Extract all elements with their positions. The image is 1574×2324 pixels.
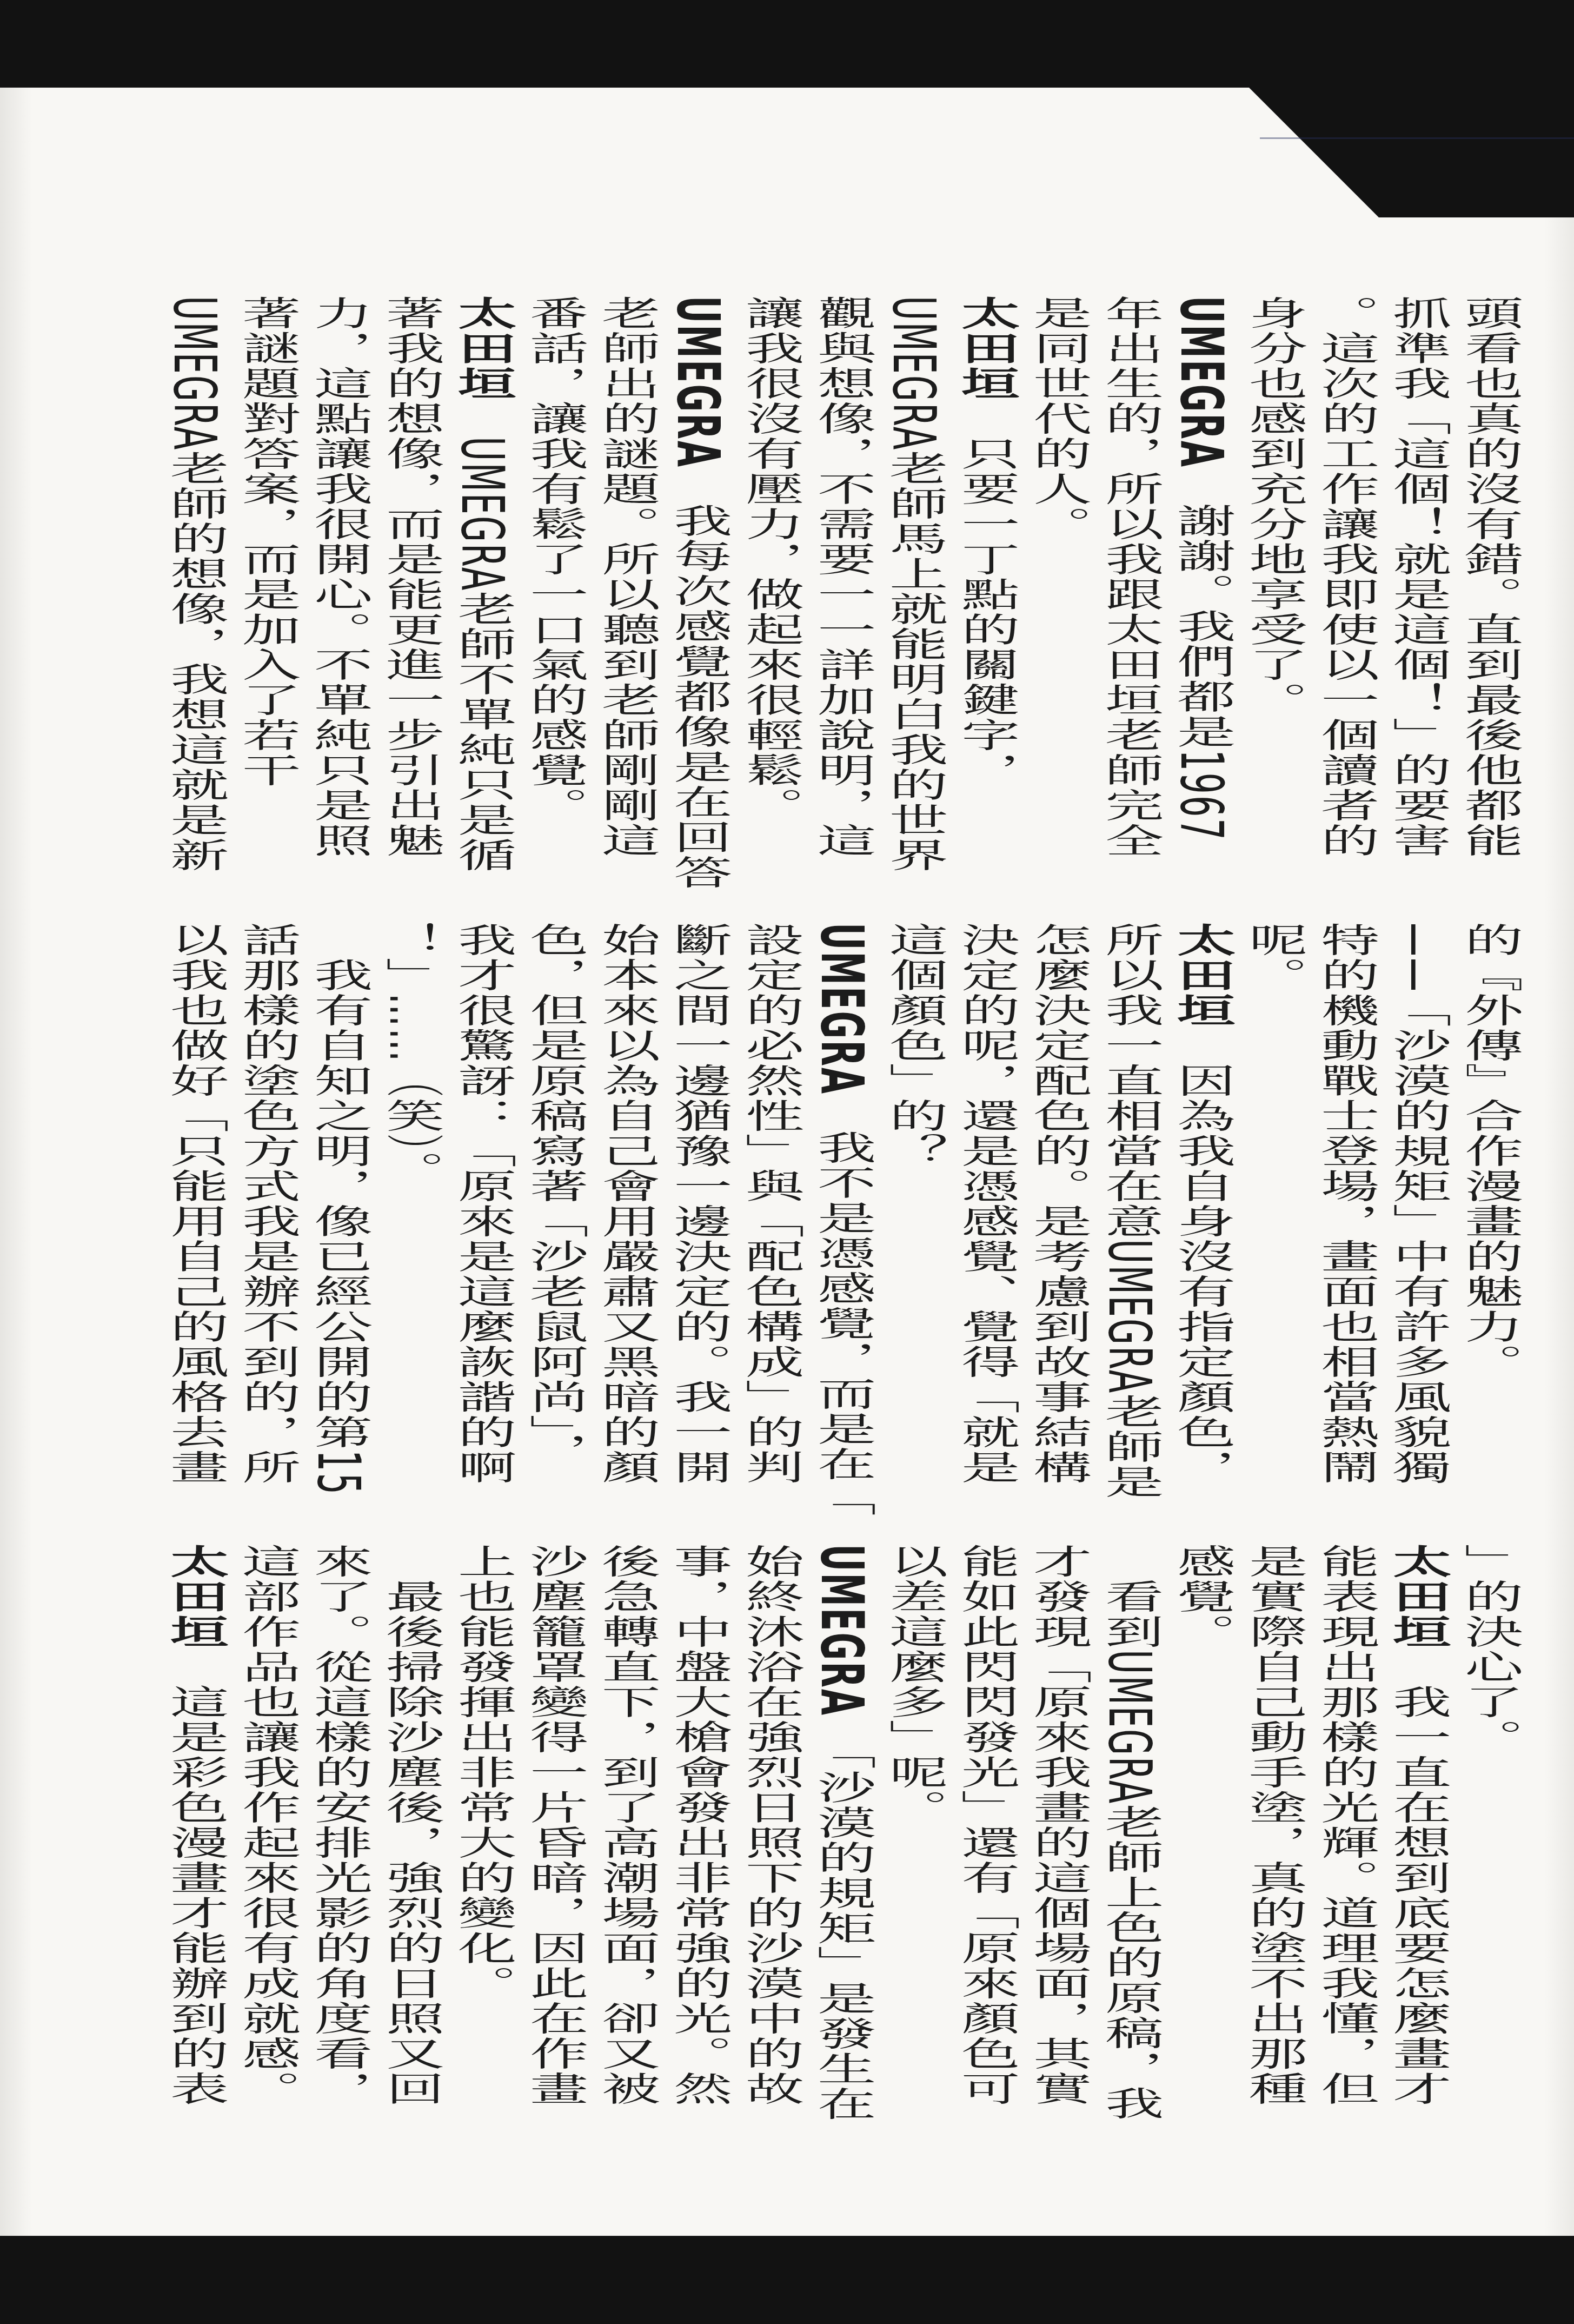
column-text: 著我的想像，而是能更進一步引出魅 [376, 296, 446, 858]
text-column: 太田垣 UMEGRA老師不單純只是循 [446, 296, 518, 862]
text-column: 色，但是原稿寫著「沙老鼠阿尚」， [518, 923, 590, 1488]
column-text: 這個顏色」的？ [880, 923, 949, 1169]
text-column: 著我的想像，而是能更進一步引出魅 [374, 296, 446, 862]
column-text: 呢。 [1239, 923, 1309, 993]
column-text: 是實際自己動手塗，真的塗不出那種 [1239, 1544, 1309, 2107]
column-text: 能如此閃閃發光」還有「原來顏色可 [952, 1544, 1021, 2107]
column-text: 始本來以為自己會用嚴肅又黑暗的顏 [592, 923, 661, 1485]
text-column: ！」……（笑）。 [374, 923, 446, 1488]
column-text: 。這次的工作讓我即使以一個讀者的 [1311, 296, 1380, 858]
text-column: 力，這點讓我很開心。不單純只是照 [302, 296, 374, 862]
text-column: 觀與想像，不需要一一詳加說明，這 [806, 296, 878, 862]
column-text: 來了。從這樣的安排光影的角度看， [304, 1544, 374, 2107]
column-text: ！」……（笑）。 [376, 923, 446, 1187]
column-text: 以我也做好「只能用自己的風格去畫 [161, 923, 230, 1485]
column-text: ——「沙漠的規矩」中有許多風貌獨 [1383, 923, 1452, 1485]
text-column: 太田垣 這是彩色漫畫才能辦到的表 [158, 1544, 230, 2110]
text-column: 才發現「原來我畫的這個場面，其實 [1021, 1544, 1093, 2110]
text-column: 是實際自己動手塗，真的塗不出那種 [1237, 1544, 1309, 2110]
text-column: 太田垣 因為我自身沒有指定顏色， [1165, 923, 1237, 1488]
text-column: UMEGRA 「沙漠的規矩」是發生在 [806, 1544, 878, 2110]
scan-edge-shadow-right [1544, 0, 1574, 2324]
text-column: 老師出的謎題。所以聽到老師剛剛這 [590, 296, 662, 862]
speaker-label: 太田垣 [952, 296, 1021, 401]
header-black-banner [0, 0, 1574, 217]
text-column: 能表現出那樣的光輝。道理我懂，但 [1309, 1544, 1381, 2110]
text-column: 」的決心了。 [1453, 1544, 1525, 2110]
column-text: 以差這麼多」呢。 [880, 1544, 949, 1825]
text-column: 的『外傳』合作漫畫的魅力。 [1453, 923, 1525, 1488]
column-text: 著謎題對答案，而是加入了若干 [233, 296, 302, 788]
speaker-label: 太田垣 [161, 1544, 230, 1650]
text-column: 決定的呢，還是憑感覺、覺得「就是 [949, 923, 1021, 1488]
column-text: 看到UMEGRA老師上色的原稿，我 [1095, 1544, 1165, 2121]
column-text: 只要一丁點的關鍵字， [952, 401, 1021, 788]
text-column: 番話，讓我有鬆了一口氣的感覺。 [518, 296, 590, 862]
text-column: 所以我一直相當在意UMEGRA老師是 [1093, 923, 1165, 1488]
text-column: 始本來以為自己會用嚴肅又黑暗的顏 [590, 923, 662, 1488]
column-text: 才發現「原來我畫的這個場面，其實 [1024, 1544, 1093, 2107]
column-text: 上也能發揮出非常大的變化。 [448, 1544, 517, 2001]
column-text: 番話，讓我有鬆了一口氣的感覺。 [520, 296, 589, 823]
column-text: 力，這點讓我很開心。不單純只是照 [304, 296, 374, 858]
column-text: 事，中盤大槍會發出非常強的光。然 [664, 1544, 733, 2107]
speaker-label: UMEGRA [808, 923, 877, 1095]
column-text: 斷之間一邊猶豫一邊決定的。我一開 [664, 923, 733, 1485]
scan-edge-shadow-left [0, 0, 32, 2324]
text-column: UMEGRA 我每次感覺都像是在回答 [662, 296, 734, 862]
column-text: 觀與想像，不需要一一詳加說明，這 [808, 296, 877, 858]
text-column: 感覺。 [1165, 1544, 1237, 2110]
scan-artifact-line [1260, 137, 1574, 139]
text-column: 始終沐浴在強烈日照下的沙漠中的故 [734, 1544, 806, 2110]
column-text: 「沙漠的規矩」是發生在 [808, 1717, 877, 2122]
text-column: 以我也做好「只能用自己的風格去畫 [158, 923, 230, 1488]
column-text: 的『外傳』合作漫畫的魅力。 [1455, 923, 1524, 1380]
column-text: 沙塵籠罩變得一片昏暗，因此在作畫 [520, 1544, 589, 2107]
text-column: 呢。 [1237, 923, 1309, 1488]
text-column: 身分也感到充分地享受了。 [1237, 296, 1309, 862]
text-column: 讓我很沒有壓力，做起來很輕鬆。 [734, 296, 806, 862]
column-text: 我有自知之明，像已經公開的第15 [304, 923, 374, 1496]
column-text: 因為我自身沒有指定顏色， [1167, 1028, 1237, 1485]
column-text: 特的機動戰士登場，畫面也相當熱鬧 [1311, 923, 1380, 1485]
text-column: 最後掃除沙塵後，強烈的日照又回 [374, 1544, 446, 2110]
text-column: 以差這麼多」呢。 [878, 1544, 949, 2110]
column-text: 是同世代的人。 [1024, 296, 1093, 542]
text-column: 。這次的工作讓我即使以一個讀者的 [1309, 296, 1381, 862]
column-text: 設定的必然性」與「配色構成」的判 [736, 923, 805, 1485]
column-text: 始終沐浴在強烈日照下的沙漠中的故 [736, 1544, 805, 2107]
column-text: 能表現出那樣的光輝。道理我懂，但 [1311, 1544, 1380, 2107]
text-column: 設定的必然性」與「配色構成」的判 [734, 923, 806, 1488]
column-text: 我不是憑感覺，而是在「 [808, 1095, 877, 1517]
text-band-middle: 的『外傳』合作漫畫的魅力。——「沙漠的規矩」中有許多風貌獨特的機動戰士登場，畫面… [158, 923, 1525, 1488]
text-column: 話那樣的塗色方式我是辦不到的，所 [230, 923, 302, 1488]
text-column: 上也能發揮出非常大的變化。 [446, 1544, 518, 2110]
text-column: UMEGRA 我不是憑感覺，而是在「 [806, 923, 878, 1488]
text-column: 這個顏色」的？ [878, 923, 949, 1488]
text-column: 後急轉直下，到了高潮場面，卻又被 [590, 1544, 662, 2110]
text-column: ——「沙漠的規矩」中有許多風貌獨 [1381, 923, 1453, 1488]
column-text: 身分也感到充分地享受了。 [1239, 296, 1309, 718]
column-text: 感覺。 [1167, 1544, 1237, 1650]
column-text: 這是彩色漫畫才能辦到的表 [161, 1650, 230, 2107]
text-column: 來了。從這樣的安排光影的角度看， [302, 1544, 374, 2110]
speaker-label: 太田垣 [448, 296, 517, 401]
column-text: 最後掃除沙塵後，強烈的日照又回 [376, 1544, 446, 2107]
column-text: 我一直在想到底要怎麼畫才 [1383, 1650, 1452, 2107]
text-column: 沙塵籠罩變得一片昏暗，因此在作畫 [518, 1544, 590, 2110]
column-text: 頭看也真的沒有錯。直到最後他都能 [1455, 296, 1524, 858]
text-column: 年出生的，所以我跟太田垣老師完全 [1093, 296, 1165, 862]
text-column: UMEGRA老師馬上就能明白我的世界 [878, 296, 949, 862]
column-text: 怎麼決定配色的。是考慮到故事結構 [1024, 923, 1093, 1485]
column-text: 」的決心了。 [1455, 1544, 1524, 1755]
footer-black-banner [0, 2236, 1574, 2324]
column-text: 後急轉直下，到了高潮場面，卻又被 [592, 1544, 661, 2107]
column-text: UMEGRA老師馬上就能明白我的世界 [880, 296, 949, 873]
column-text: 讓我很沒有壓力，做起來很輕鬆。 [736, 296, 805, 823]
column-text: 這部作品也讓我作起來很有成就感。 [233, 1544, 302, 2107]
text-column: 太田垣 我一直在想到底要怎麼畫才 [1381, 1544, 1453, 2110]
speaker-label: 太田垣 [1383, 1544, 1452, 1650]
text-column: 頭看也真的沒有錯。直到最後他都能 [1453, 296, 1525, 862]
speaker-label: UMEGRA [808, 1544, 877, 1717]
text-column: 著謎題對答案，而是加入了若干 [230, 296, 302, 862]
speaker-label: UMEGRA [1167, 296, 1237, 468]
column-text: 抓準我「這個！就是這個！」的要害 [1383, 296, 1452, 858]
column-text: 我才很驚訝：「原來是這麼詼諧的啊 [448, 923, 517, 1485]
text-column: 抓準我「這個！就是這個！」的要害 [1381, 296, 1453, 862]
column-text: 老師出的謎題。所以聽到老師剛剛這 [592, 296, 661, 858]
text-column: 事，中盤大槍會發出非常強的光。然 [662, 1544, 734, 2110]
text-column: 能如此閃閃發光」還有「原來顏色可 [949, 1544, 1021, 2110]
speaker-label: 太田垣 [1167, 923, 1237, 1028]
column-text: 色，但是原稿寫著「沙老鼠阿尚」， [520, 923, 589, 1468]
text-column: 斷之間一邊猶豫一邊決定的。我一開 [662, 923, 734, 1488]
column-text: UMEGRA老師不單純只是循 [448, 401, 517, 873]
text-column: 特的機動戰士登場，畫面也相當熱鬧 [1309, 923, 1381, 1488]
column-text: 所以我一直相當在意UMEGRA老師是 [1095, 923, 1165, 1500]
column-text: 決定的呢，還是憑感覺、覺得「就是 [952, 923, 1021, 1485]
column-text: 話那樣的塗色方式我是辦不到的，所 [233, 923, 302, 1485]
text-column: UMEGRA老師的想像，我想這就是新 [158, 296, 230, 862]
text-column: 我有自知之明，像已經公開的第15 [302, 923, 374, 1488]
text-column: 這部作品也讓我作起來很有成就感。 [230, 1544, 302, 2110]
column-text: 謝謝。我們都是1967 [1167, 468, 1237, 842]
text-column: 是同世代的人。 [1021, 296, 1093, 862]
column-text: 年出生的，所以我跟太田垣老師完全 [1095, 296, 1165, 858]
text-column: UMEGRA 謝謝。我們都是1967 [1165, 296, 1237, 862]
text-band-top: 頭看也真的沒有錯。直到最後他都能抓準我「這個！就是這個！」的要害。這次的工作讓我… [158, 296, 1525, 862]
text-column: 看到UMEGRA老師上色的原稿，我 [1093, 1544, 1165, 2110]
column-text: 我每次感覺都像是在回答 [664, 468, 733, 890]
text-column: 我才很驚訝：「原來是這麼詼諧的啊 [446, 923, 518, 1488]
text-column: 怎麼決定配色的。是考慮到故事結構 [1021, 923, 1093, 1488]
text-band-bottom: 」的決心了。太田垣 我一直在想到底要怎麼畫才能表現出那樣的光輝。道理我懂，但是實… [158, 1544, 1525, 2110]
text-column: 太田垣 只要一丁點的關鍵字， [949, 296, 1021, 862]
speaker-label: UMEGRA [664, 296, 733, 468]
column-text: UMEGRA老師的想像，我想這就是新 [161, 296, 230, 873]
